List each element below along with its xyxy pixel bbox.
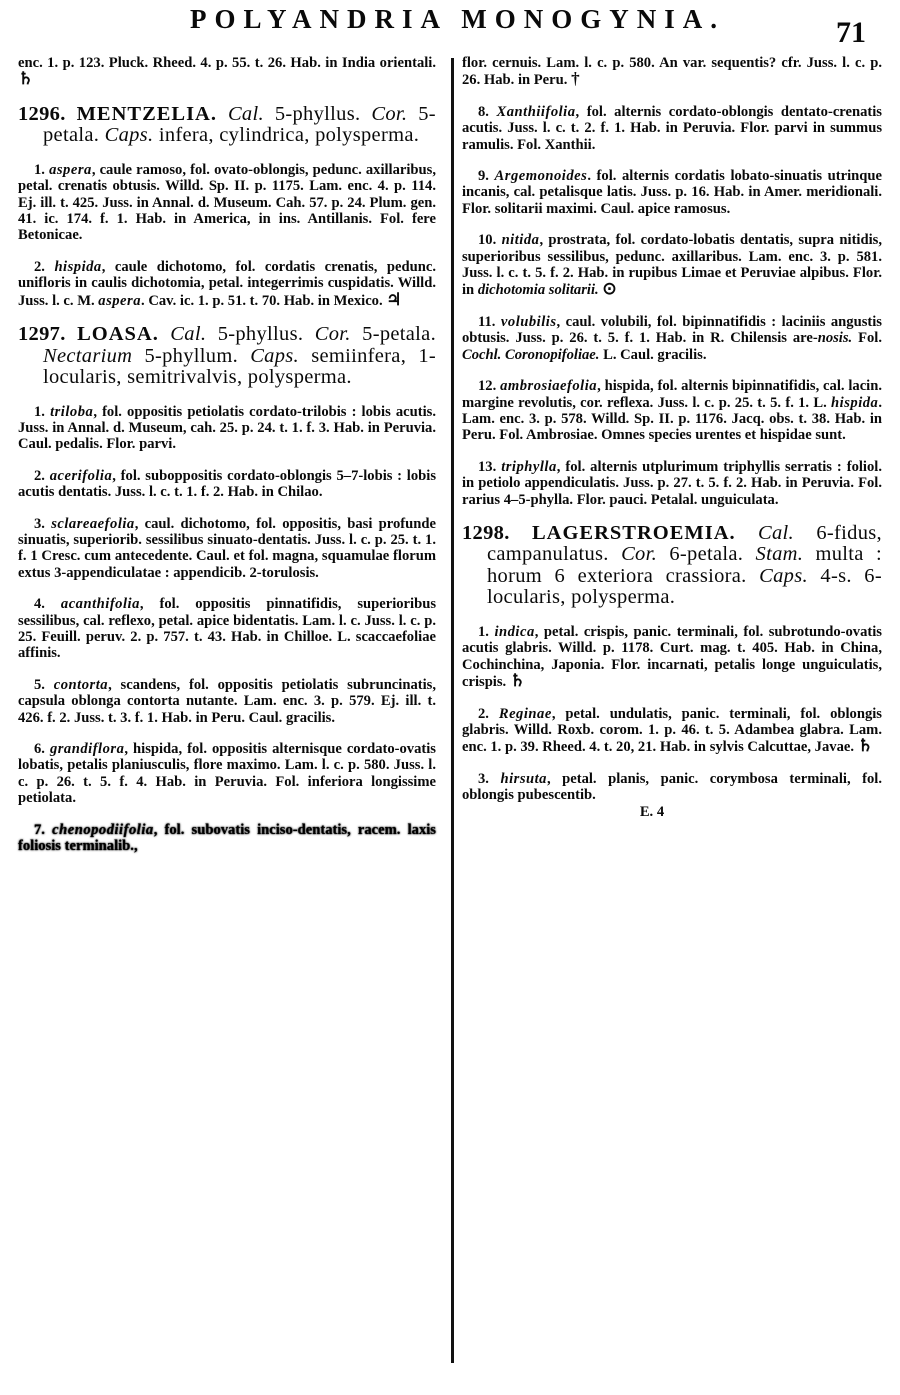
species-name: acerifolia [50, 468, 113, 484]
species-name: hispida [54, 259, 101, 275]
species-entry-argemonoides: 9. Argemonoides. fol. alternis cordatis … [462, 168, 882, 217]
species-entry-grandiflora: 6. grandiflora, hispida, fol. oppositis … [18, 741, 436, 807]
species-name: nitida [502, 232, 540, 248]
perennial-symbol-icon: ♃ [386, 290, 401, 309]
species-entry-sclareaefolia: 3. sclareaefolia, caul. dichotomo, fol. … [18, 516, 436, 582]
species-name: triloba [50, 404, 93, 420]
genus-heading-mentzelia: 1296. MENTZELIA. Cal. 5-phyllus. Cor. 5-… [18, 104, 436, 147]
species-name: Argemonoides [495, 168, 588, 184]
species-entry-hirsuta: 3. hirsuta, petal. planis, panic. corymb… [462, 771, 882, 804]
species-name: indica [494, 624, 534, 640]
species-entry-acanthifolia: 4. acanthifolia, fol. oppositis pinnatif… [18, 596, 436, 662]
running-head: POLYANDRIA MONOGYNIA. 71 [0, 2, 900, 42]
species-entry-hispida: 2. hispida, caule dichotomo, fol. cordat… [18, 259, 436, 309]
shrub-symbol-icon: ♄ [18, 69, 33, 88]
species-name: hirsuta [500, 771, 547, 787]
species-name: aspera [49, 162, 92, 178]
signature-mark: E. 4 [462, 804, 882, 820]
continued-entry: flor. cernuis. Lam. l. c. p. 580. An var… [462, 55, 882, 89]
shrub-symbol-icon: ♄ [858, 736, 873, 755]
species-name: chenopodiifolia [52, 822, 154, 838]
dagger-symbol-icon: † [571, 69, 580, 88]
species-entry-volubilis: 11. volubilis, caul. volubili, fol. bipi… [462, 314, 882, 363]
species-name: acanthifolia [61, 596, 140, 612]
annual-symbol-icon: ⊙ [602, 279, 616, 298]
species-name: ambrosiaefolia [500, 378, 597, 394]
species-entry-triloba: 1. triloba, fol. oppositis petiolatis co… [18, 404, 436, 453]
species-name: contorta [54, 677, 108, 693]
species-name: volubilis [501, 314, 557, 330]
species-entry-aspera: 1. aspera, caule ramoso, fol. ovato-oblo… [18, 162, 436, 244]
running-title: POLYANDRIA MONOGYNIA. [190, 4, 725, 35]
species-entry-acerifolia: 2. acerifolia, fol. suboppositis cordato… [18, 468, 436, 501]
species-entry-nitida: 10. nitida, prostrata, fol. cordato-loba… [462, 232, 882, 299]
species-name: Reginae [499, 706, 552, 722]
left-column: enc. 1. p. 123. Pluck. Rheed. 4. p. 55. … [18, 55, 436, 855]
species-entry-indica: 1. indica, petal. crispis, panic. termin… [462, 624, 882, 691]
species-entry-ambrosiaefolia: 12. ambrosiaefolia, hispida, fol. altern… [462, 378, 882, 444]
species-name: grandiflora [50, 741, 124, 757]
species-name: triphylla [501, 459, 557, 475]
page-number: 71 [836, 16, 866, 50]
species-name: Xanthiifolia [497, 104, 576, 120]
column-divider [451, 58, 454, 1363]
right-column: flor. cernuis. Lam. l. c. p. 580. An var… [462, 55, 882, 820]
species-entry-xanthiifolia: 8. Xanthiifolia, fol. alternis cordato-o… [462, 104, 882, 153]
species-entry-contorta: 5. contorta, scandens, fol. oppositis pe… [18, 677, 436, 726]
species-entry-reginae: 2. Reginae, petal. undulatis, panic. ter… [462, 706, 882, 756]
species-entry-triphylla: 13. triphylla, fol. alternis utplurimum … [462, 459, 882, 508]
species-name: sclareaefolia [51, 516, 135, 532]
shrub-symbol-icon: ♄ [510, 671, 525, 690]
genus-heading-loasa: 1297. LOASA. Cal. 5-phyllus. Cor. 5-peta… [18, 324, 436, 389]
genus-heading-lagerstroemia: 1298. LAGERSTROEMIA. Cal. 6-fidus, campa… [462, 523, 882, 609]
continued-entry: enc. 1. p. 123. Pluck. Rheed. 4. p. 55. … [18, 55, 436, 89]
species-entry-chenopodiifolia: 7. chenopodiifolia, fol. subovatis incis… [18, 822, 436, 855]
